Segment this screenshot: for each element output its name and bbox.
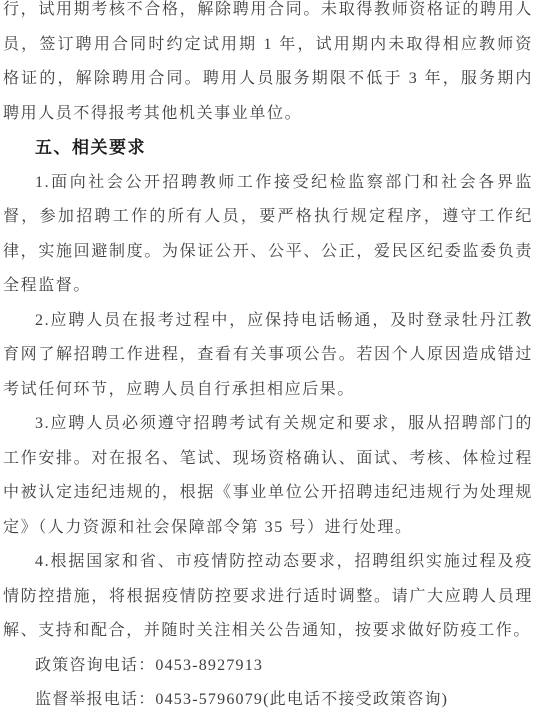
paragraph-item-1: 1.面向社会公开招聘教师工作接受纪检监察部门和社会各界监督，参加招聘工作的所有人… xyxy=(3,166,533,304)
section-heading: 五、相关要求 xyxy=(3,131,533,166)
paragraph-continuation: 行，试用期考核不合格，解除聘用合同。未取得教师资格证的聘用人员，签订聘用合同时约… xyxy=(3,0,533,131)
paragraph-item-3: 3.应聘人员必须遵守招聘考试有关规定和要求，服从招聘部门的工作安排。对在报名、笔… xyxy=(3,407,533,545)
document-page: 行，试用期考核不合格，解除聘用合同。未取得教师资格证的聘用人员，签订聘用合同时约… xyxy=(0,0,535,722)
policy-phone-line: 政策咨询电话：0453-8927913 xyxy=(3,649,533,684)
report-phone-line: 监督举报电话：0453-5796079(此电话不接受政策咨询) xyxy=(3,683,533,718)
document-text-block: 行，试用期考核不合格，解除聘用合同。未取得教师资格证的聘用人员，签订聘用合同时约… xyxy=(3,0,533,718)
paragraph-item-4: 4.根据国家和省、市疫情防控动态要求，招聘组织实施过程及疫情防控措施，将根据疫情… xyxy=(3,545,533,649)
paragraph-item-2: 2.应聘人员在报考过程中，应保持电话畅通，及时登录牡丹江教育网了解招聘工作进程，… xyxy=(3,304,533,408)
